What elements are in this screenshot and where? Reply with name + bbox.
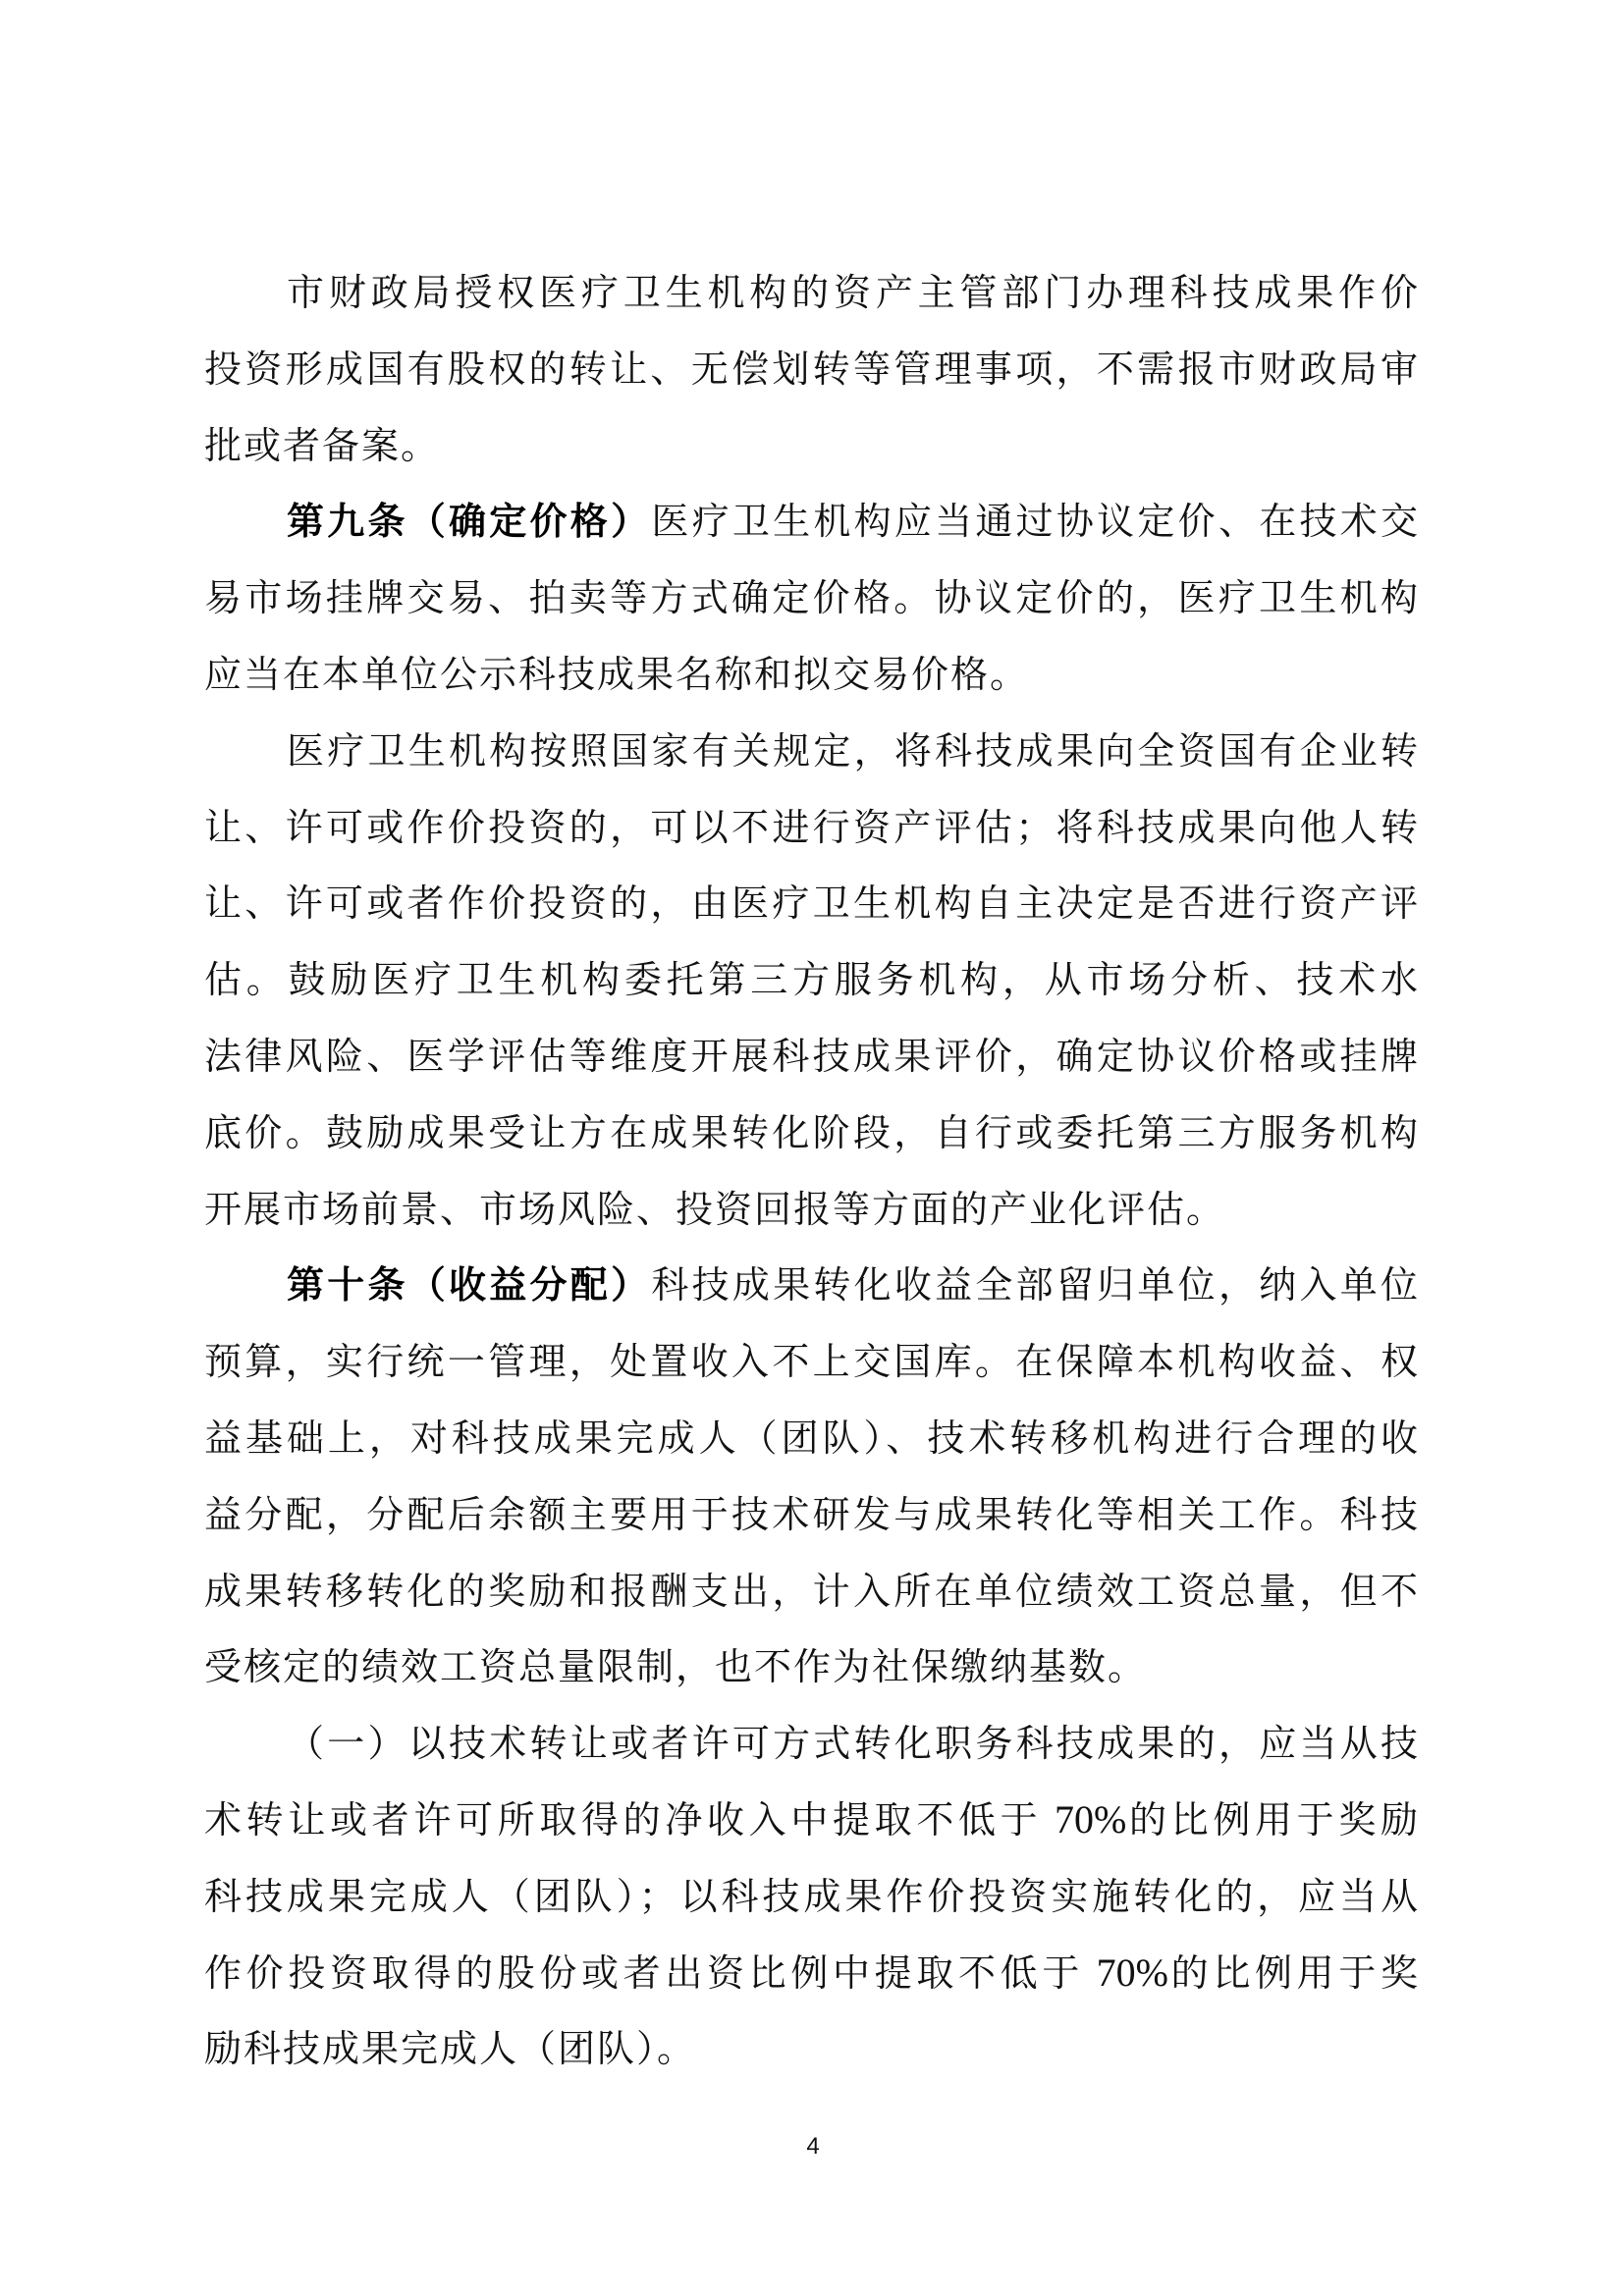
page-number: 4: [799, 2132, 827, 2162]
percentage-value: 70%: [1084, 1950, 1168, 1995]
line-text: 应当在本单位公示科技成果名称和拟交易价格。: [204, 653, 1029, 696]
line-text: 底价。鼓励成果受让方在成果转化阶段，自行或委托第三方服务机构: [204, 1111, 1420, 1154]
line-text: 受核定的绩效工资总量限制，也不作为社保缴纳基数。: [204, 1645, 1147, 1688]
paragraph-line: 批或者备案。: [204, 421, 1420, 470]
paragraph-line: 成果转移转化的奖励和报酬支出，计入所在单位绩效工资总量，但不: [204, 1567, 1420, 1616]
line-text: 术转让或者许可所取得的净收入中提取不低于: [204, 1798, 1042, 1842]
paragraph-line: 易市场挂牌交易、拍卖等方式确定价格。协议定价的，医疗卫生机构: [204, 573, 1420, 622]
line-text: （一）以技术转让或者许可方式转化职务科技成果的，应当从技: [287, 1722, 1420, 1765]
paragraph-line: 市财政局授权医疗卫生机构的资产主管部门办理科技成果作价: [287, 268, 1420, 317]
percentage-value: 70%: [1042, 1797, 1126, 1842]
line-text: 益分配，分配后余额主要用于技术研发与成果转化等相关工作。科技: [204, 1493, 1420, 1536]
paragraph-line: 作价投资取得的股份或者出资比例中提取不低于 70%的比例用于奖: [204, 1949, 1420, 1998]
line-text: 科技成果转化收益全部留归单位，纳入单位: [651, 1263, 1420, 1307]
line-text: 开展市场前景、市场风险、投资回报等方面的产业化评估。: [204, 1188, 1225, 1231]
line-text: 成果转移转化的奖励和报酬支出，计入所在单位绩效工资总量，但不: [204, 1570, 1420, 1613]
line-text: 益基础上，对科技成果完成人（团队）、技术转移机构进行合理的收: [204, 1416, 1420, 1460]
line-text: 的比例用于奖励: [1126, 1798, 1420, 1842]
paragraph-line: 开展市场前景、市场风险、投资回报等方面的产业化评估。: [204, 1185, 1420, 1234]
paragraph-line: 医疗卫生机构按照国家有关规定，将科技成果向全资国有企业转: [287, 726, 1420, 775]
paragraph-line: 应当在本单位公示科技成果名称和拟交易价格。: [204, 650, 1420, 699]
paragraph-line: 受核定的绩效工资总量限制，也不作为社保缴纳基数。: [204, 1642, 1420, 1691]
line-text: 作价投资取得的股份或者出资比例中提取不低于: [204, 1951, 1084, 1995]
paragraph-line: 预算，实行统一管理，处置收入不上交国库。在保障本机构收益、权: [204, 1337, 1420, 1386]
paragraph-line: 科技成果完成人（团队）；以科技成果作价投资实施转化的，应当从: [204, 1872, 1420, 1921]
paragraph-line: 益分配，分配后余额主要用于技术研发与成果转化等相关工作。科技: [204, 1490, 1420, 1539]
paragraph-line: 投资形成国有股权的转让、无偿划转等管理事项，不需报市财政局审: [204, 345, 1420, 394]
paragraph-line: 益基础上，对科技成果完成人（团队）、技术转移机构进行合理的收: [204, 1414, 1420, 1463]
line-text: 医疗卫生机构应当通过协议定价、在技术交: [651, 500, 1420, 543]
paragraph-line: 估。鼓励医疗卫生机构委托第三方服务机构，从市场分析、技术水平、: [204, 955, 1420, 1004]
line-text: 批或者备案。: [204, 424, 440, 467]
line-text: 科技成果完成人（团队）；以科技成果作价投资实施转化的，应当从: [204, 1875, 1420, 1918]
paragraph-line: 底价。鼓励成果受让方在成果转化阶段，自行或委托第三方服务机构: [204, 1108, 1420, 1157]
article-9-heading-line: 第九条（确定价格）医疗卫生机构应当通过协议定价、在技术交: [287, 497, 1420, 546]
article-10-heading-line: 第十条（收益分配）科技成果转化收益全部留归单位，纳入单位: [287, 1260, 1420, 1309]
line-text: 让、许可或者作价投资的，由医疗卫生机构自主决定是否进行资产评: [204, 881, 1420, 925]
document-page: 市财政局授权医疗卫生机构的资产主管部门办理科技成果作价 投资形成国有股权的转让、…: [0, 0, 1624, 2296]
line-text: 估。鼓励医疗卫生机构委托第三方服务机构，从市场分析、技术水平、: [204, 958, 1420, 1004]
line-text: 易市场挂牌交易、拍卖等方式确定价格。协议定价的，医疗卫生机构: [204, 576, 1420, 619]
clause-1-line: （一）以技术转让或者许可方式转化职务科技成果的，应当从技: [287, 1719, 1420, 1768]
line-text: 市财政局授权医疗卫生机构的资产主管部门办理科技成果作价: [287, 271, 1420, 314]
paragraph-line: 励科技成果完成人（团队）。: [204, 2024, 1420, 2073]
paragraph-line: 让、许可或者作价投资的，由医疗卫生机构自主决定是否进行资产评: [204, 879, 1420, 928]
paragraph-line: 让、许可或作价投资的，可以不进行资产评估；将科技成果向他人转: [204, 803, 1420, 852]
article-10-title: 第十条（收益分配）: [287, 1262, 651, 1307]
article-9-title: 第九条（确定价格）: [287, 499, 651, 543]
line-text: 的比例用于奖: [1168, 1951, 1420, 1995]
paragraph-line: 法律风险、医学评估等维度开展科技成果评价，确定协议价格或挂牌: [204, 1032, 1420, 1081]
line-text: 医疗卫生机构按照国家有关规定，将科技成果向全资国有企业转: [287, 729, 1420, 773]
line-text: 投资形成国有股权的转让、无偿划转等管理事项，不需报市财政局审: [204, 347, 1420, 391]
line-text: 法律风险、医学评估等维度开展科技成果评价，确定协议价格或挂牌: [204, 1035, 1420, 1078]
line-text: 让、许可或作价投资的，可以不进行资产评估；将科技成果向他人转: [204, 806, 1420, 849]
paragraph-line: 术转让或者许可所取得的净收入中提取不低于 70%的比例用于奖励: [204, 1795, 1420, 1844]
line-text: 预算，实行统一管理，处置收入不上交国库。在保障本机构收益、权: [204, 1340, 1420, 1383]
line-text: 励科技成果完成人（团队）。: [204, 2027, 696, 2070]
